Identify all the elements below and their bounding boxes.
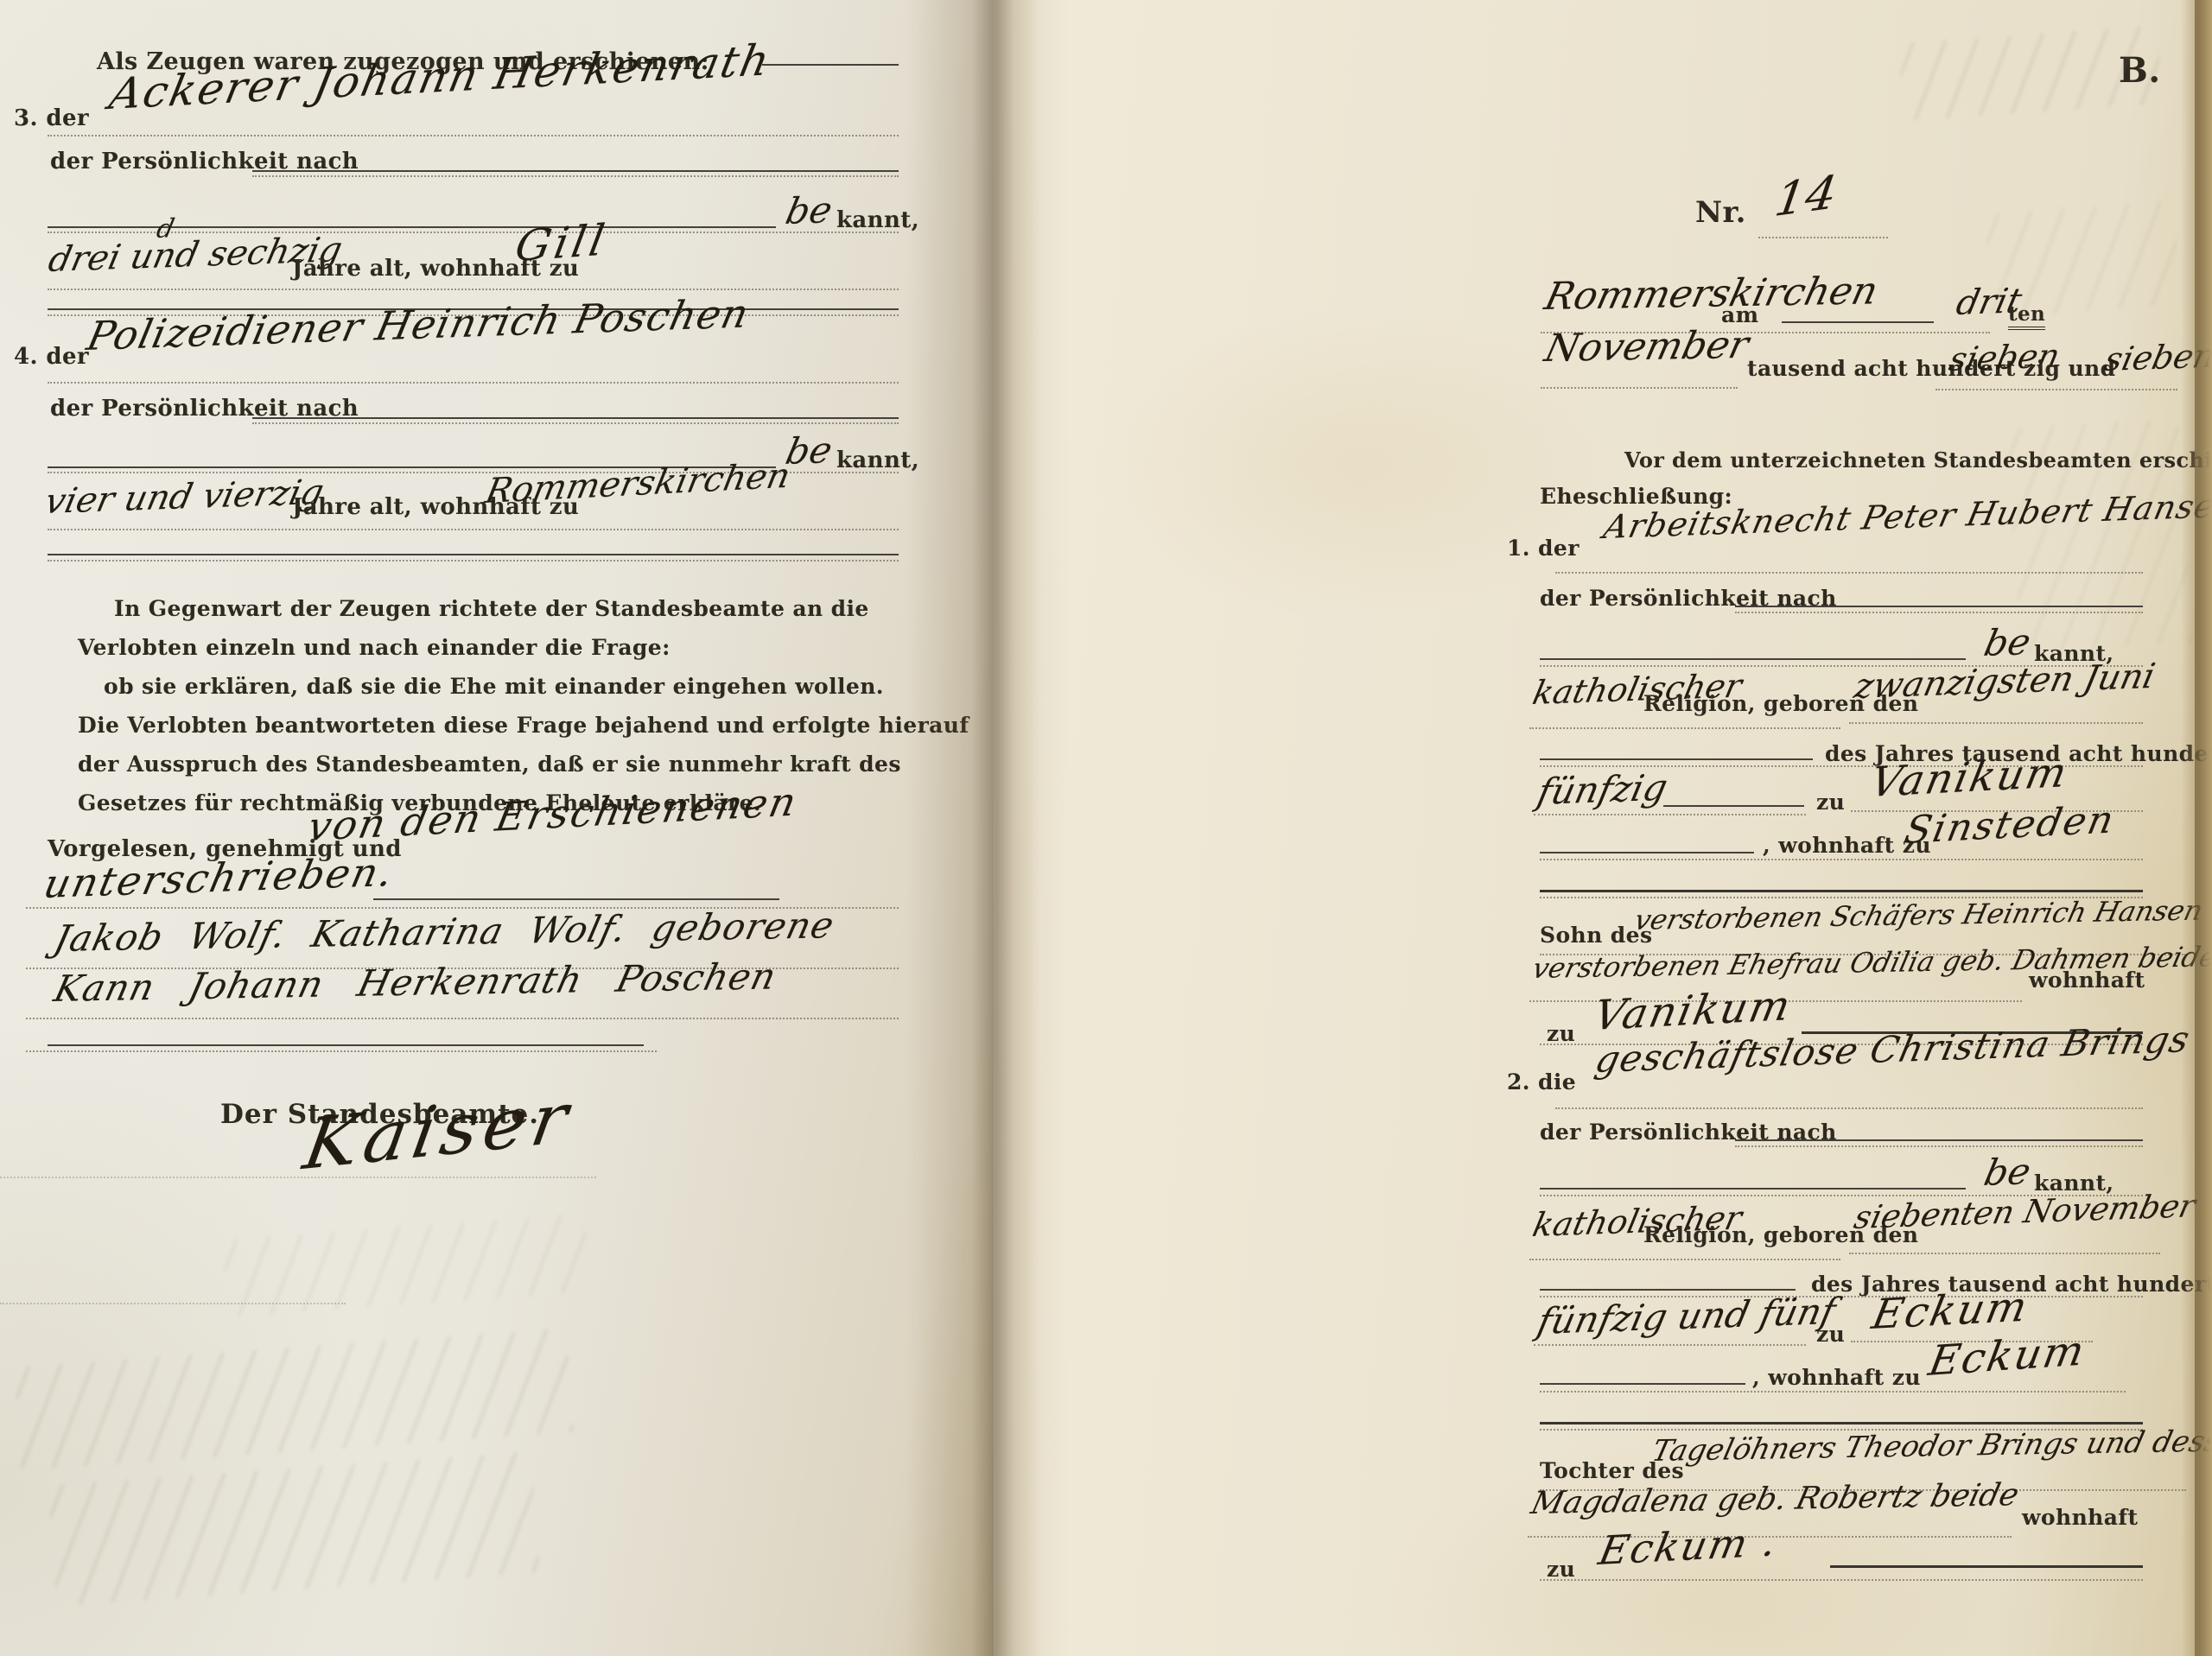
rule-dotted [48, 529, 899, 530]
rule-dotted [1540, 859, 2143, 860]
bride-parents-place: Eckum . [1595, 1518, 1783, 1574]
rule-dotted [1758, 237, 1888, 238]
bride-residence-label: , wohnhaft zu [1752, 1365, 1921, 1390]
rule-dotted [48, 135, 899, 136]
bride-known-hw: be [1980, 1150, 2035, 1194]
declaration-line: ob sie erklären, daß sie die Ehe mit ein… [104, 674, 884, 699]
separator-solid [1540, 890, 2143, 892]
rule-solid [373, 898, 779, 900]
dateline-place: Rommerskirchen [1541, 269, 1882, 319]
rule-solid [1540, 852, 1754, 853]
bride-zu-label-2: zu [1547, 1557, 1575, 1582]
groom-zu-label: zu [1816, 790, 1845, 815]
rule-solid [1782, 321, 1934, 323]
groom-zu-label-2: zu [1547, 1021, 1575, 1046]
declaration-line: Die Verlobten beantworteten diese Frage … [78, 713, 969, 738]
rule-dotted [1529, 727, 1840, 729]
rule-dotted [0, 1177, 596, 1178]
declaration-line: der Ausspruch des Standesbeamten, daß er… [78, 752, 901, 777]
book-gutter-shadow [906, 0, 1070, 1656]
rule-solid [1540, 758, 1813, 760]
rule-dotted [1534, 814, 1806, 815]
groom-birth-year: fünfzig [1534, 766, 1671, 813]
rule-solid [1540, 1188, 1966, 1190]
rule-dotted [1534, 1344, 1806, 1346]
rule-dotted [252, 175, 899, 177]
witness3-known-hw: be [782, 188, 836, 232]
declaration-line: In Gegenwart der Zeugen richtete der Sta… [114, 596, 869, 621]
record-number-value: 14 [1771, 165, 1840, 227]
dateline-month: November [1541, 323, 1753, 371]
rule-solid [1540, 1289, 1796, 1291]
rule-dotted [1735, 1145, 2143, 1147]
rule-dotted [48, 382, 899, 384]
separator-dotted [48, 560, 899, 562]
rule-solid [762, 64, 899, 66]
rule-dotted [48, 289, 899, 290]
rule-dotted [1935, 389, 2177, 390]
rule-dotted [1529, 1259, 1840, 1260]
declaration-line: Verlobten einzeln und nach einander die … [78, 635, 671, 660]
rule-dotted [48, 232, 899, 233]
rule-dotted [1541, 387, 1738, 389]
bride-prefix: 2. die [1507, 1069, 1576, 1094]
rule-dotted [1540, 1579, 2143, 1581]
witness3-residence: Gill [512, 215, 612, 271]
rule-solid [252, 170, 899, 172]
separator-solid [48, 554, 899, 555]
bride-zu-label: zu [1816, 1322, 1845, 1347]
bride-wohnhaft-label: wohnhaft [2022, 1505, 2138, 1530]
rule-solid [1663, 805, 1804, 807]
rule-solid [48, 1044, 644, 1046]
rule-dotted [1540, 1391, 2126, 1393]
bleed-through-writing [1984, 200, 2181, 317]
groom-prefix: 1. der [1507, 536, 1580, 561]
page-block-edge [2181, 0, 2212, 1656]
rule-solid [1540, 1383, 1745, 1385]
record-number-label: Nr. [1695, 195, 1746, 230]
rule-dotted [1849, 722, 2143, 724]
bride-birth-place: Eckum [1868, 1283, 2033, 1339]
rule-solid [1735, 1139, 2143, 1141]
witness3-prefix: 3. der [14, 105, 89, 131]
rule-dotted [1849, 1253, 2160, 1254]
rule-solid [1830, 1565, 2143, 1568]
rule-dotted [252, 422, 899, 424]
rule-dotted [1555, 1107, 2143, 1109]
rule-solid [252, 417, 899, 419]
bleed-through-writing [2005, 417, 2194, 653]
separator-solid [1540, 1422, 2143, 1424]
groom-wohnhaft-label: wohnhaft [2029, 968, 2145, 993]
rule-solid [1540, 658, 1966, 660]
registry-book-scan: Als Zeugen waren zugezogen und erschiene… [0, 0, 2212, 1656]
rule-dotted [26, 1050, 657, 1052]
rule-dotted [26, 1018, 899, 1019]
witness4-prefix: 4. der [14, 344, 89, 370]
